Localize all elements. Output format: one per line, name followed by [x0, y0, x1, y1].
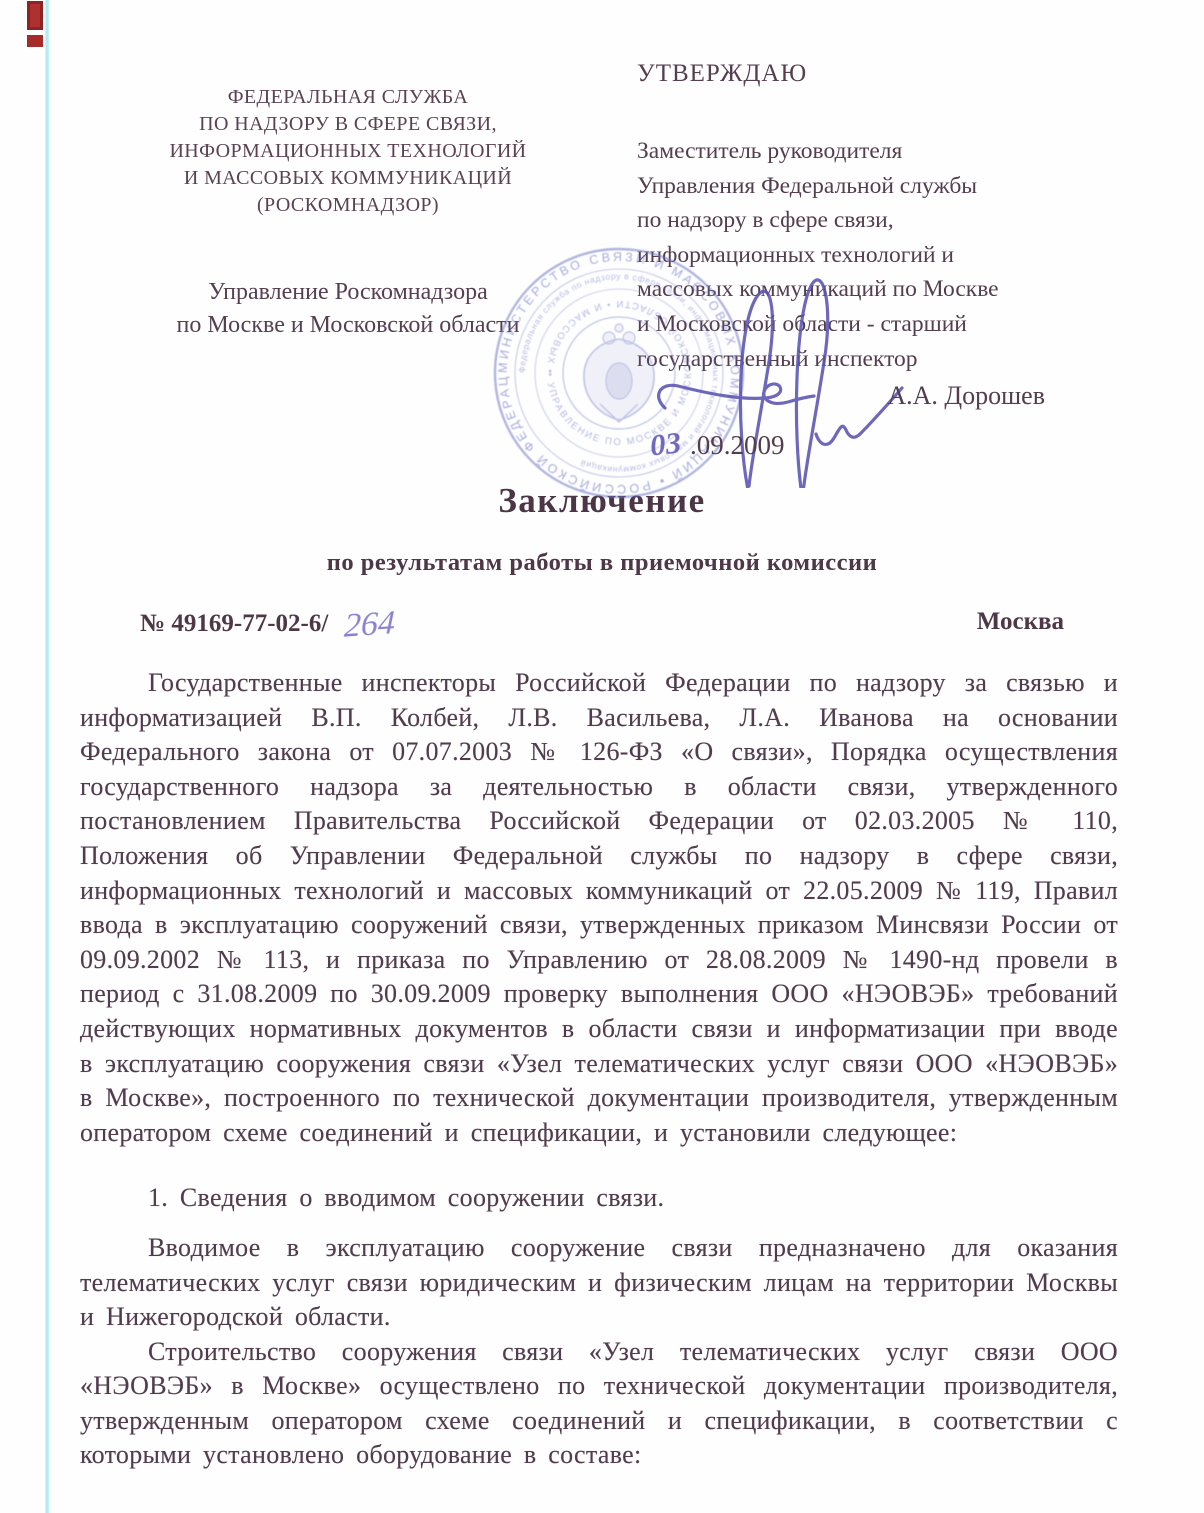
approver-name: А.А. Дорошев — [637, 381, 1045, 411]
approver-position-line: по надзору в сфере связи, — [637, 203, 1097, 238]
section-1-heading: 1. Сведения о вводимом сооружении связи. — [80, 1181, 1118, 1216]
printed-date: .09.2009 — [690, 430, 785, 460]
approver-position-line: Заместитель руководителя — [637, 134, 1097, 169]
body-paragraph-2: Вводимое в эксплуатацию сооружение связи… — [80, 1231, 1118, 1335]
org-line: ПО НАДЗОРУ В СФЕРЕ СВЯЗИ, — [118, 111, 578, 138]
body-paragraph-1: Государственные инспекторы Российской Фе… — [80, 666, 1118, 1150]
approver-position-line: Управления Федеральной службы — [637, 169, 1097, 204]
scan-artifact-red-mark-1 — [27, 1, 43, 30]
document-page: ФЕДЕРАЛЬНАЯ СЛУЖБА ПО НАДЗОРУ В СФЕРЕ СВ… — [0, 0, 1204, 1513]
scan-artifact-cyan-line — [45, 0, 49, 1513]
scan-artifact-red-mark-2 — [27, 35, 43, 47]
org-line: (РОСКОМНАДЗОР) — [118, 192, 578, 219]
approval-date: 03.09.2009 — [650, 426, 785, 462]
issuing-authority-block: ФЕДЕРАЛЬНАЯ СЛУЖБА ПО НАДЗОРУ В СФЕРЕ СВ… — [118, 84, 578, 219]
handwritten-number: 264 — [344, 604, 396, 646]
body-paragraph-3: Строительство сооружения связи «Узел тел… — [80, 1335, 1118, 1473]
handwritten-day: 03 — [648, 424, 683, 463]
city-label: Москва — [977, 608, 1064, 636]
org-line: ФЕДЕРАЛЬНАЯ СЛУЖБА — [118, 84, 578, 111]
approval-label: УТВЕРЖДАЮ — [637, 60, 1097, 88]
document-subtitle: по результатам работы в приемочной комис… — [0, 549, 1204, 577]
document-body: Государственные инспекторы Российской Фе… — [80, 666, 1118, 1473]
document-number-row: № 49169-77-02-6/264 Москва — [140, 606, 1064, 644]
org-line: И МАССОВЫХ КОММУНИКАЦИЙ — [118, 165, 578, 192]
document-number: № 49169-77-02-6/ — [140, 610, 328, 637]
org-line: ИНФОРМАЦИОННЫХ ТЕХНОЛОГИЙ — [118, 138, 578, 165]
